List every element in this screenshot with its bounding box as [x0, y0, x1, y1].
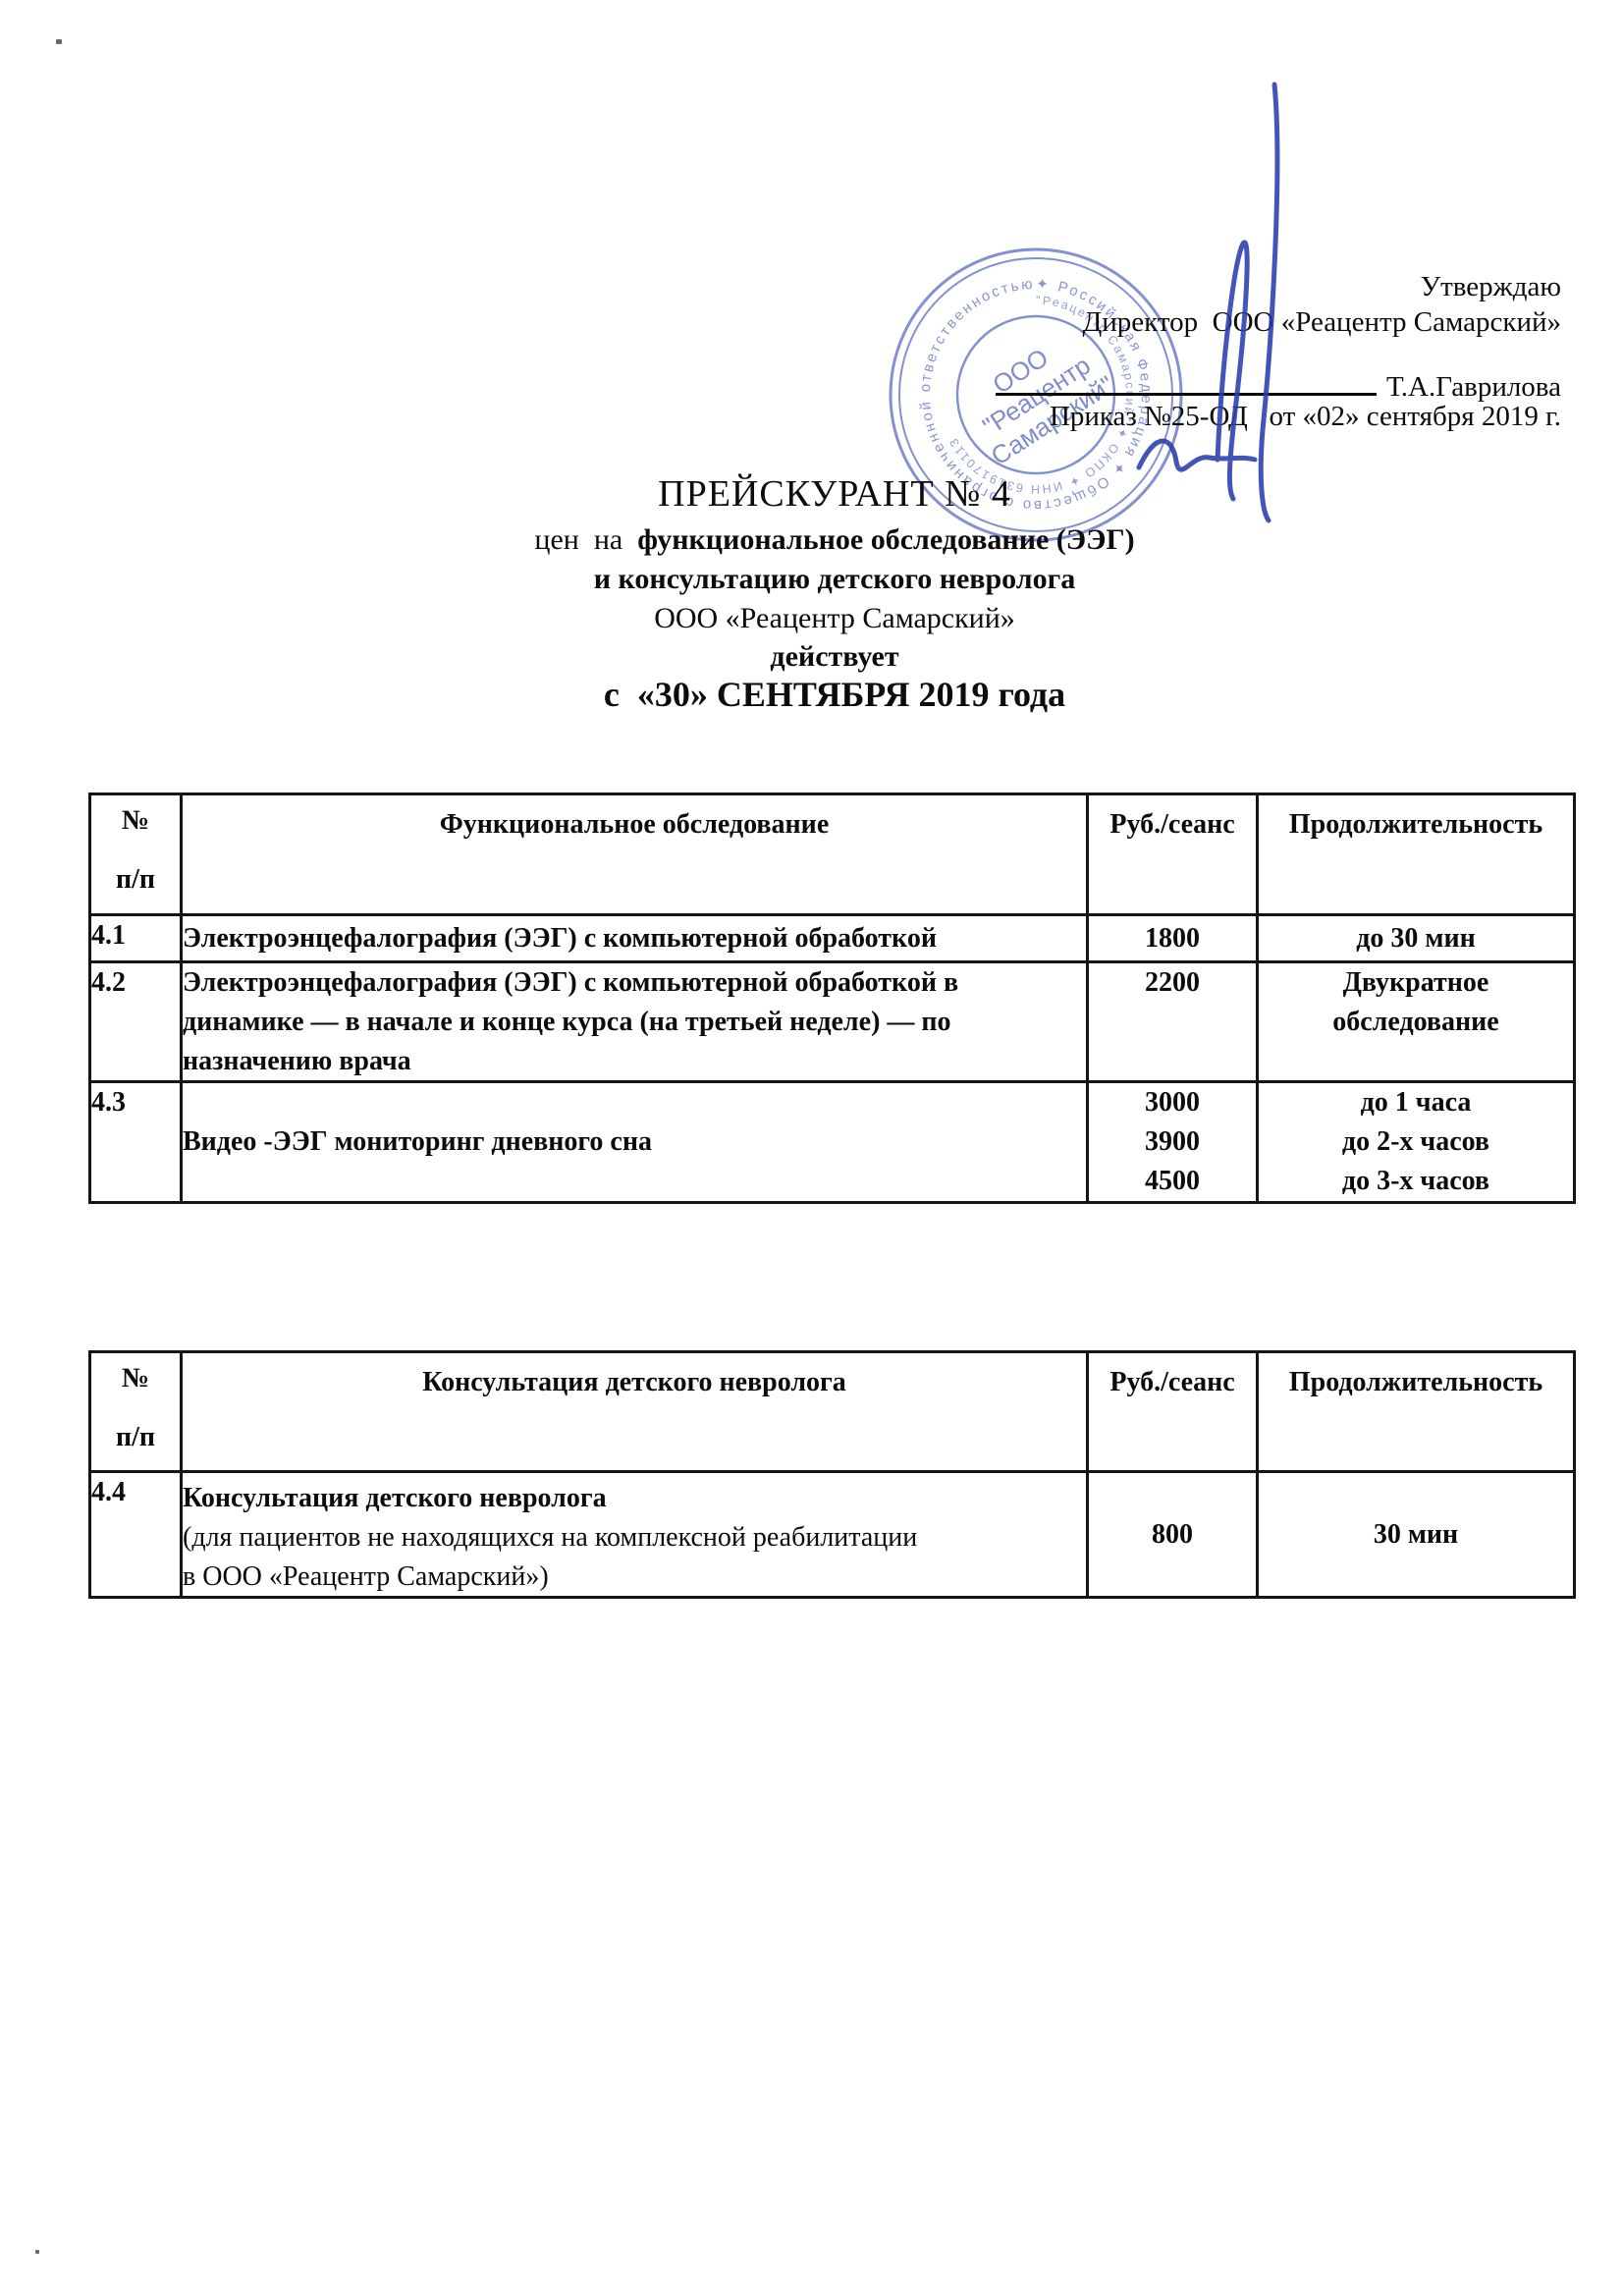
page-title: ПРЕЙСКУРАНТ № 4: [39, 474, 1623, 516]
table-row: 4.2 Электроэнцефалография (ЭЭГ) с компью…: [90, 962, 1575, 1082]
row-price: 2200: [1088, 962, 1258, 1082]
table-row: № п/п Функциональное обследование Руб./с…: [90, 794, 1575, 915]
header-price: Руб./сеанс: [1088, 1352, 1258, 1472]
scan-speck-bottom: [35, 2250, 39, 2254]
row-number: 4.4: [90, 1472, 182, 1598]
approval-director-line: Директор ООО «Реацентр Самарский»: [1082, 307, 1561, 339]
row-price: 1800: [1088, 915, 1258, 962]
signature-line-rule: [996, 364, 1377, 396]
duration-line: до 3-х часов: [1259, 1162, 1573, 1201]
header-num: № п/п: [90, 794, 182, 915]
header-duration: Продолжительность: [1258, 794, 1575, 915]
title-effective-word: действует: [39, 640, 1623, 673]
service-note-line: в ООО «Реацентр Самарский»): [183, 1558, 1086, 1597]
row-number: 4.1: [90, 915, 182, 962]
row-service: Консультация детского невролога (для пац…: [182, 1472, 1088, 1598]
table-row: 4.3 Видео -ЭЭГ мониторинг дневного сна 3…: [90, 1082, 1575, 1202]
row-service: Видео -ЭЭГ мониторинг дневного сна: [182, 1082, 1088, 1202]
table-row: 4.1 Электроэнцефалография (ЭЭГ) с компью…: [90, 915, 1575, 962]
header-num-pp: п/п: [116, 1418, 155, 1457]
row-service: Электроэнцефалография (ЭЭГ) с компьютерн…: [182, 962, 1088, 1082]
service-note-line: (для пациентов не находящихся на комплек…: [183, 1518, 1086, 1558]
approval-signature-line: Т.А.Гаврилова: [996, 364, 1561, 404]
document-page: ✦ Российская Федерация ✦ Общество с огра…: [0, 0, 1623, 2296]
price-line: 4500: [1089, 1162, 1256, 1201]
title-subline-2: и консультацию детского невролога: [39, 563, 1623, 595]
row-service: Электроэнцефалография (ЭЭГ) с компьютерн…: [182, 915, 1088, 962]
header-service: Функциональное обследование: [182, 794, 1088, 915]
header-price: Руб./сеанс: [1088, 794, 1258, 915]
title-subline-1-prefix: цен на: [534, 523, 637, 556]
title-effective-date: с «30» СЕНТЯБРЯ 2019 года: [39, 676, 1623, 715]
header-duration: Продолжительность: [1258, 1352, 1575, 1472]
duration-line: до 2-х часов: [1259, 1122, 1573, 1162]
price-line: 3000: [1089, 1083, 1256, 1122]
row-duration: до 30 мин: [1258, 915, 1575, 962]
row-number: 4.2: [90, 962, 182, 1082]
row-price: 3000 3900 4500: [1088, 1082, 1258, 1202]
row-price: 800: [1088, 1472, 1258, 1598]
service-title-line: Консультация детского невролога: [183, 1479, 1086, 1518]
row-duration: Двукратное обследование: [1258, 962, 1575, 1082]
header-num-sign: №: [122, 1359, 149, 1398]
table-row: 4.4 Консультация детского невролога (для…: [90, 1472, 1575, 1598]
table-neurologist-consultation: № п/п Консультация детского невролога Ру…: [88, 1350, 1576, 1599]
header-num-pp: п/п: [116, 860, 155, 900]
row-duration: до 1 часа до 2-х часов до 3-х часов: [1258, 1082, 1575, 1202]
scan-speck-top: [56, 39, 62, 44]
approval-word: Утверждаю: [1421, 272, 1561, 303]
header-service: Консультация детского невролога: [182, 1352, 1088, 1472]
duration-line: до 1 часа: [1259, 1083, 1573, 1122]
header-num: № п/п: [90, 1352, 182, 1472]
title-subline-1-bold: функциональное обследование (ЭЭГ): [637, 523, 1134, 556]
signatory-name: Т.А.Гаврилова: [1386, 371, 1561, 403]
table-row: № п/п Консультация детского невролога Ру…: [90, 1352, 1575, 1472]
header-num-sign: №: [122, 801, 149, 841]
table-functional-examination: № п/п Функциональное обследование Руб./с…: [88, 793, 1576, 1204]
title-org-name: ООО «Реацентр Самарский»: [39, 602, 1623, 634]
row-duration: 30 мин: [1258, 1472, 1575, 1598]
price-line: 3900: [1089, 1122, 1256, 1162]
row-number: 4.3: [90, 1082, 182, 1202]
duration-line: Двукратное: [1259, 963, 1573, 1003]
approval-order-line: Приказ №25-ОД от «02» сентября 2019 г.: [1050, 402, 1561, 433]
duration-line: обследование: [1259, 1003, 1573, 1042]
title-subline-1: цен на функциональное обследование (ЭЭГ): [39, 523, 1623, 556]
